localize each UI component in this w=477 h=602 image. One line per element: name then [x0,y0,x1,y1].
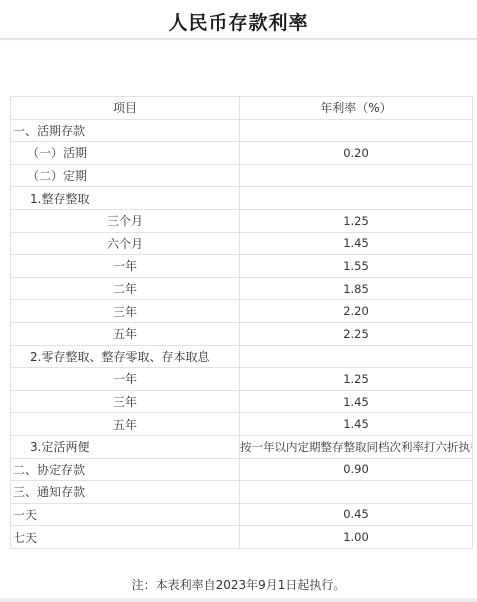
rate-cell: 1.25 [240,209,473,232]
rate-cell: 1.45 [240,232,473,255]
rate-cell [240,119,473,142]
table-row: 三年2.20 [11,300,473,323]
item-cell: 五年 [11,413,240,436]
item-cell: 二年 [11,277,240,300]
table-row: 一年1.25 [11,368,473,391]
item-cell: （一）活期 [11,142,240,165]
rate-cell: 0.20 [240,142,473,165]
item-cell: 一年 [11,368,240,391]
table-row: 七天1.00 [11,526,473,549]
item-cell: 二、协定存款 [11,458,240,481]
table-row: 五年1.45 [11,413,473,436]
header-rate-column: 年利率（%） [240,97,473,120]
item-cell: 六个月 [11,232,240,255]
table-row: 3.定活两便按一年以内定期整存整取同档次利率打六折执行 [11,435,473,458]
table-row: （一）活期0.20 [11,142,473,165]
item-cell: 2.零存整取、整存零取、存本取息 [11,345,240,368]
table-body: 一、活期存款（一）活期0.20（二）定期1.整存整取三个月1.25六个月1.45… [11,119,473,548]
rate-cell [240,481,473,504]
table-row: 2.零存整取、整存零取、存本取息 [11,345,473,368]
header-item-column: 项目 [11,97,240,120]
bottom-edge [0,598,477,602]
table-row: 三、通知存款 [11,481,473,504]
table-row: 二年1.85 [11,277,473,300]
table-row: 1.整存整取 [11,187,473,210]
table-row: 五年2.25 [11,322,473,345]
item-cell: 五年 [11,322,240,345]
item-cell: 三个月 [11,209,240,232]
table-row: 三年1.45 [11,390,473,413]
rate-cell: 0.45 [240,503,473,526]
table-row: 一天0.45 [11,503,473,526]
rate-table: 项目 年利率（%） 一、活期存款（一）活期0.20（二）定期1.整存整取三个月1… [10,96,473,549]
rate-cell: 0.90 [240,458,473,481]
rate-cell: 1.00 [240,526,473,549]
rate-cell: 1.25 [240,368,473,391]
title-divider [0,38,477,40]
rate-cell: 1.45 [240,390,473,413]
rate-cell: 1.85 [240,277,473,300]
rate-cell [240,345,473,368]
item-cell: 七天 [11,526,240,549]
item-cell: 一天 [11,503,240,526]
rate-cell: 2.25 [240,322,473,345]
rate-cell: 2.20 [240,300,473,323]
item-cell: 3.定活两便 [11,435,240,458]
rate-cell: 1.55 [240,255,473,278]
table-row: 六个月1.45 [11,232,473,255]
table-row: 一年1.55 [11,255,473,278]
table-row: 一、活期存款 [11,119,473,142]
table-header-row: 项目 年利率（%） [11,97,473,120]
item-cell: 一、活期存款 [11,119,240,142]
item-cell: 1.整存整取 [11,187,240,210]
item-cell: 三、通知存款 [11,481,240,504]
table-row: 三个月1.25 [11,209,473,232]
rate-cell: 1.45 [240,413,473,436]
page-title: 人民币存款利率 [0,0,477,35]
table-row: （二）定期 [11,164,473,187]
item-cell: （二）定期 [11,164,240,187]
rate-cell: 按一年以内定期整存整取同档次利率打六折执行 [240,435,473,458]
item-cell: 三年 [11,300,240,323]
item-cell: 三年 [11,390,240,413]
table-row: 二、协定存款0.90 [11,458,473,481]
item-cell: 一年 [11,255,240,278]
footnote: 注：本表利率自2023年9月1日起执行。 [0,576,477,593]
rate-cell [240,187,473,210]
rate-cell [240,164,473,187]
